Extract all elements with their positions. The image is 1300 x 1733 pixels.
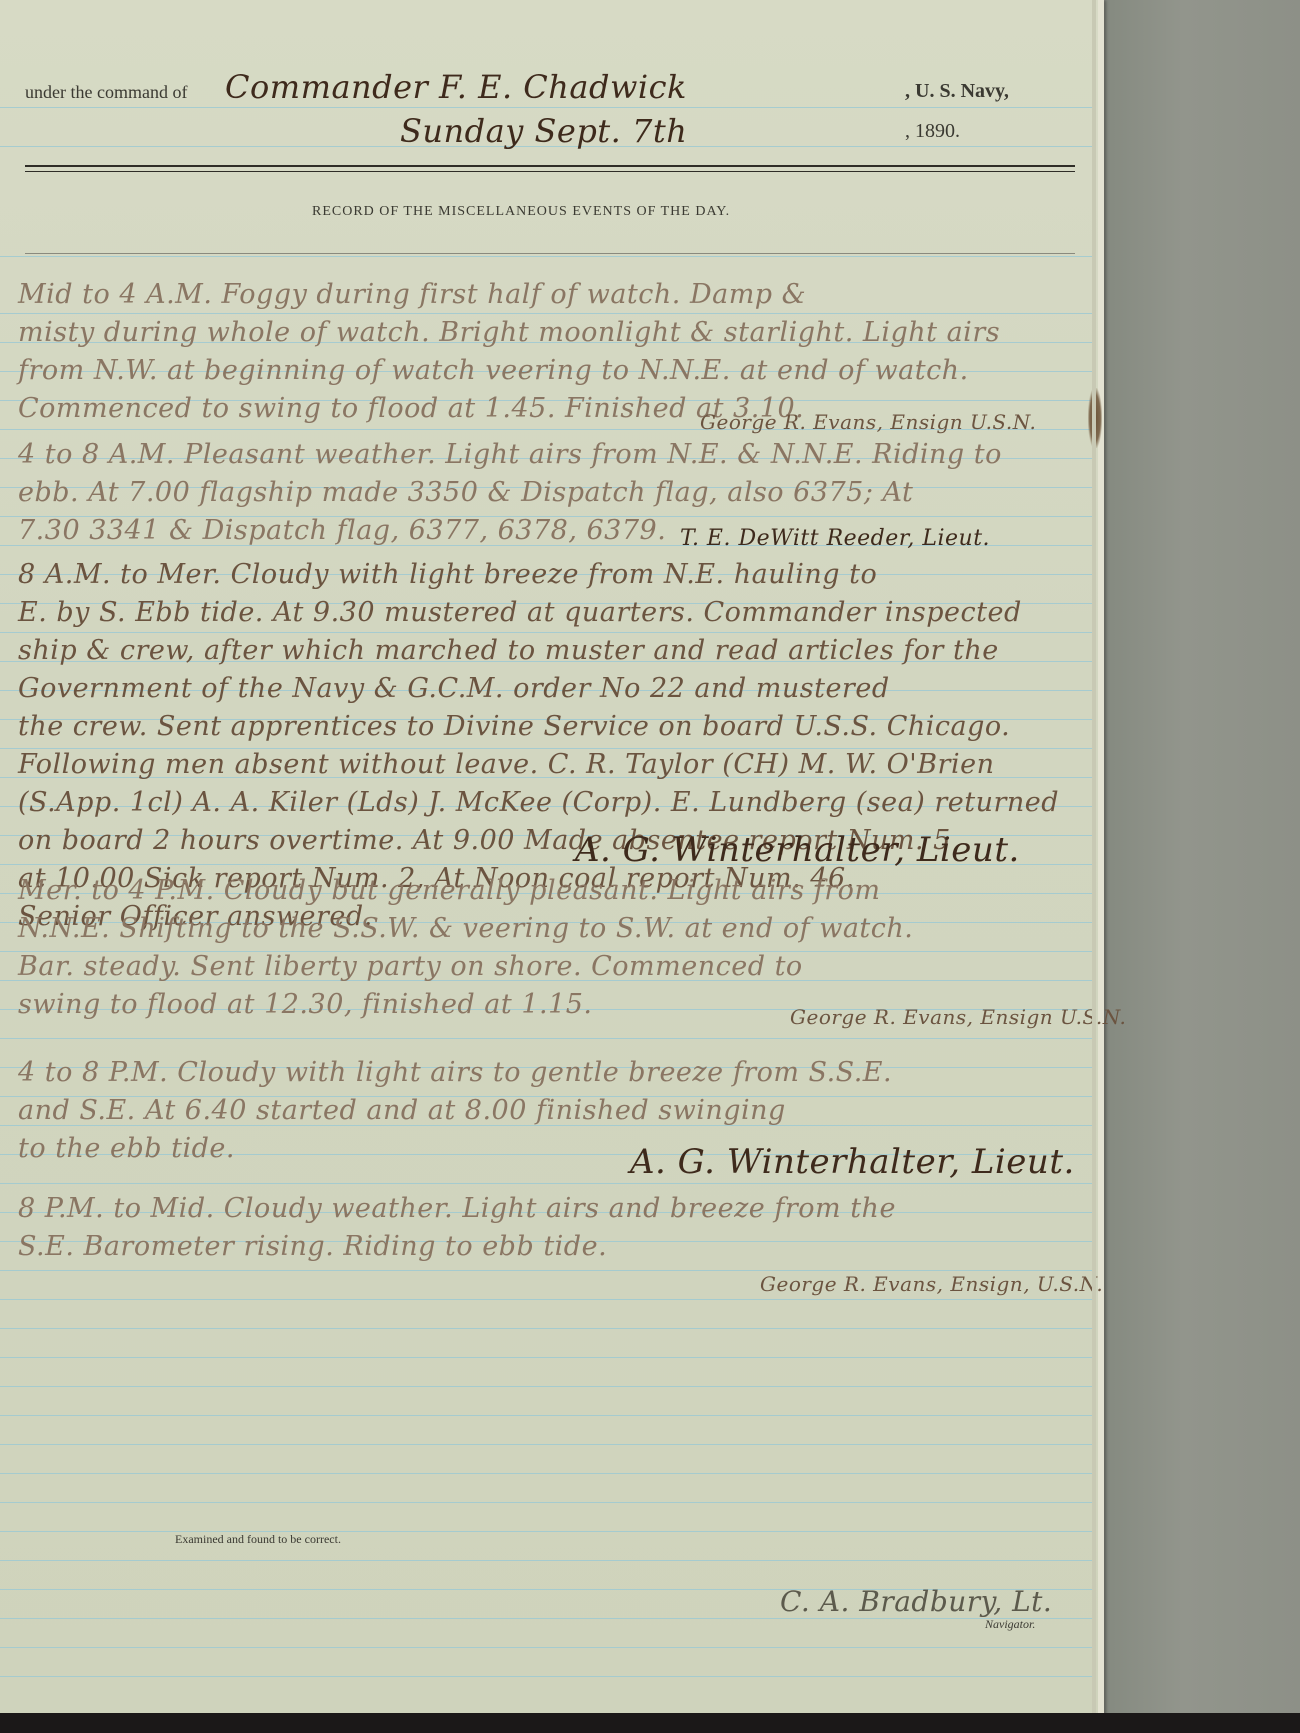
log-entry-mer-to-4pm: Mer. to 4 P.M. Cloudy but generally plea… bbox=[18, 872, 1078, 1024]
entry-line: ship & crew, after which marched to must… bbox=[18, 632, 1078, 670]
ruled-line bbox=[0, 1531, 1092, 1532]
navy-label: , U. S. Navy, bbox=[905, 80, 1009, 103]
navigator-label: Navigator. bbox=[985, 1617, 1035, 1632]
entry-line: E. by S. Ebb tide. At 9.30 mustered at q… bbox=[18, 594, 1078, 632]
entry-line: 4 to 8 A.M. Pleasant weather. Light airs… bbox=[18, 436, 1078, 474]
entry-line: N.N.E. Shifting to the S.S.W. & veering … bbox=[18, 910, 1078, 948]
ruled-line bbox=[0, 1299, 1092, 1300]
officer-signature: A. G. Winterhalter, Lieut. bbox=[630, 1142, 1075, 1182]
ruled-line bbox=[0, 107, 1092, 108]
ruled-line bbox=[0, 1328, 1092, 1329]
entry-line: Government of the Navy & G.C.M. order No… bbox=[18, 670, 1078, 708]
officer-signature: George R. Evans, Ensign U.S.N. bbox=[700, 410, 1036, 434]
entry-line: (S.App. 1cl) A. A. Kiler (Lds) J. McKee … bbox=[18, 784, 1078, 822]
command-label: under the command of bbox=[25, 82, 187, 103]
page-edge bbox=[1092, 0, 1096, 1715]
entry-line: the crew. Sent apprentices to Divine Ser… bbox=[18, 708, 1078, 746]
book-bottom-edge bbox=[0, 1713, 1300, 1733]
officer-signature: George R. Evans, Ensign, U.S.N. bbox=[760, 1272, 1103, 1296]
logbook-page: under the command of Commander F. E. Cha… bbox=[0, 0, 1104, 1715]
entry-line: Mid to 4 A.M. Foggy during first half of… bbox=[18, 276, 1078, 314]
entry-line: S.E. Barometer rising. Riding to ebb tid… bbox=[18, 1228, 1078, 1266]
ruled-line bbox=[0, 1473, 1092, 1474]
date-handwritten: Sunday Sept. 7th bbox=[400, 112, 687, 150]
entry-line: from N.W. at beginning of watch veering … bbox=[18, 352, 1078, 390]
section-title: RECORD OF THE MISCELLANEOUS EVENTS OF TH… bbox=[312, 204, 730, 220]
ruled-line bbox=[0, 1647, 1092, 1648]
entry-line: 8 A.M. to Mer. Cloudy with light breeze … bbox=[18, 556, 1078, 594]
entry-line: misty during whole of watch. Bright moon… bbox=[18, 314, 1078, 352]
entry-line: 8 P.M. to Mid. Cloudy weather. Light air… bbox=[18, 1190, 1078, 1228]
navigator-signature: C. A. Bradbury, Lt. bbox=[780, 1585, 1052, 1618]
ruled-line bbox=[0, 1183, 1092, 1184]
entry-line: ebb. At 7.00 flagship made 3350 & Dispat… bbox=[18, 474, 1078, 512]
ruled-line bbox=[0, 1038, 1092, 1039]
entry-line: Bar. steady. Sent liberty party on shore… bbox=[18, 948, 1078, 986]
examined-label: Examined and found to be correct. bbox=[175, 1532, 341, 1547]
entry-line: and S.E. At 6.40 started and at 8.00 fin… bbox=[18, 1092, 1078, 1130]
ruled-line bbox=[0, 1270, 1092, 1271]
year-label: , 1890. bbox=[905, 120, 960, 143]
entry-line: Mer. to 4 P.M. Cloudy but generally plea… bbox=[18, 872, 1078, 910]
ruled-line bbox=[0, 1560, 1092, 1561]
header-divider bbox=[25, 165, 1075, 172]
ruled-line bbox=[0, 1502, 1092, 1503]
section-divider bbox=[25, 253, 1075, 254]
log-entry-mid-to-4am: Mid to 4 A.M. Foggy during first half of… bbox=[18, 276, 1078, 428]
ruled-line bbox=[0, 1386, 1092, 1387]
background-surface bbox=[1105, 0, 1300, 1733]
log-entry-8pm-to-mid: 8 P.M. to Mid. Cloudy weather. Light air… bbox=[18, 1190, 1078, 1266]
ruled-line bbox=[0, 256, 1092, 257]
ruled-line bbox=[0, 1676, 1092, 1677]
officer-signature: T. E. DeWitt Reeder, Lieut. bbox=[680, 526, 990, 551]
officer-signature: George R. Evans, Ensign U.S.N. bbox=[790, 1005, 1126, 1029]
officer-signature: A. G. Winterhalter, Lieut. bbox=[575, 830, 1020, 870]
ruled-line bbox=[0, 1444, 1092, 1445]
ruled-line bbox=[0, 1618, 1092, 1619]
ruled-line bbox=[0, 1415, 1092, 1416]
entry-line: 4 to 8 P.M. Cloudy with light airs to ge… bbox=[18, 1054, 1078, 1092]
commander-name: Commander F. E. Chadwick bbox=[225, 68, 687, 106]
ruled-line bbox=[0, 1357, 1092, 1358]
entry-line: Following men absent without leave. C. R… bbox=[18, 746, 1078, 784]
